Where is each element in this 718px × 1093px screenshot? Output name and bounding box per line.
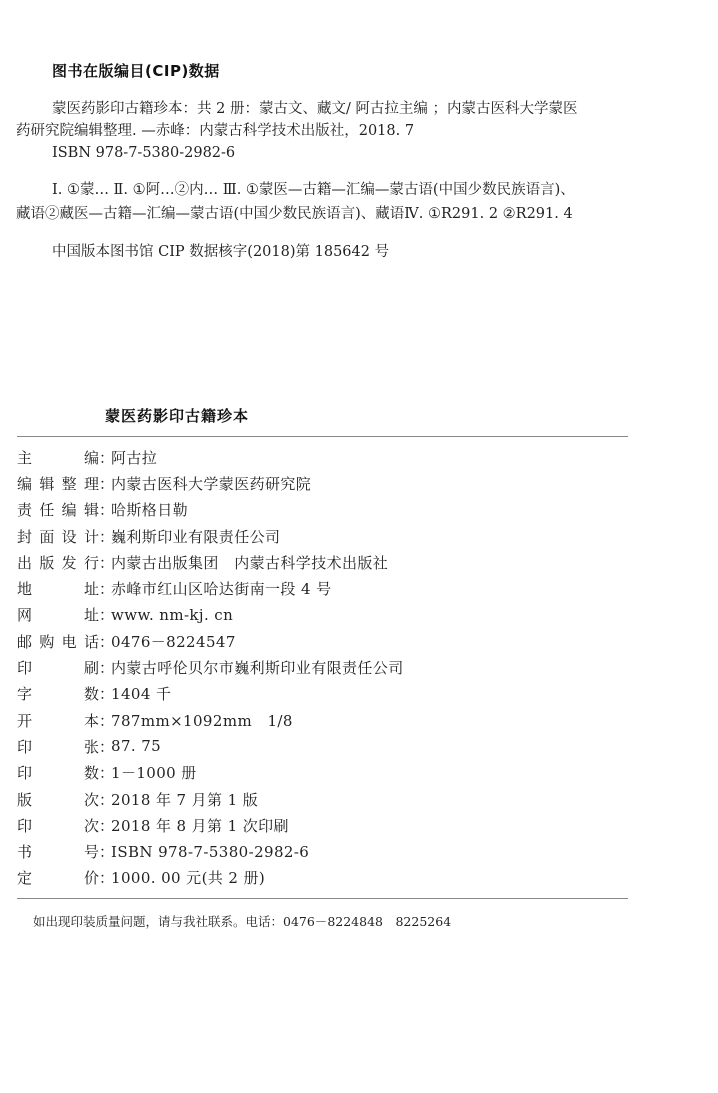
info-value: 巍利斯印业有限责任公司 — [111, 526, 280, 547]
info-row-print-run: 印 数：1－1000 册 — [17, 760, 404, 786]
info-colon: ： — [99, 789, 111, 810]
info-row-word-count: 字 数：1404 千 — [17, 681, 404, 707]
info-label: 出版发行 — [17, 552, 99, 573]
info-label: 网 址 — [17, 604, 99, 625]
info-row-isbn: 书 号：ISBN 978-7-5380-2982-6 — [17, 838, 404, 864]
info-value: 内蒙古出版集团 内蒙古科学技术出版社 — [111, 552, 388, 573]
info-row-address: 地 址：赤峰市红山区哈达街南一段 4 号 — [17, 575, 404, 601]
info-label: 封面设计 — [17, 526, 99, 547]
info-row-cover-design: 封面设计：巍利斯印业有限责任公司 — [17, 523, 404, 549]
cip-line-title-author: 蒙医药影印古籍珍本：共 2 册：蒙古文、藏文/ 阿古拉主编 ；内蒙古医科大学蒙医 — [52, 98, 578, 120]
quality-contact-note: 如出现印装质量问题，请与我社联系。电话：0476－8224848 8225264 — [33, 912, 451, 930]
cip-line-record-number: 中国版本图书馆 CIP 数据核字(2018)第 185642 号 — [52, 241, 389, 263]
info-value: 阿古拉 — [111, 447, 157, 468]
info-value: 2018 年 8 月第 1 次印刷 — [111, 815, 289, 836]
info-value: 1404 千 — [111, 683, 171, 704]
info-colon: ： — [99, 499, 111, 520]
info-row-price: 定 价：1000. 00 元(共 2 册) — [17, 865, 404, 891]
info-label: 字 数 — [17, 683, 99, 704]
info-value: www. nm-kj. cn — [111, 606, 233, 624]
info-row-website: 网 址：www. nm-kj. cn — [17, 602, 404, 628]
info-colon: ： — [99, 604, 111, 625]
info-row-mail-order-phone: 邮购电话：0476－8224547 — [17, 628, 404, 654]
info-row-impression: 印 次：2018 年 8 月第 1 次印刷 — [17, 812, 404, 838]
info-value: 内蒙古呼伦贝尔市巍利斯印业有限责任公司 — [111, 657, 404, 678]
info-value: 87. 75 — [111, 737, 161, 755]
info-colon: ： — [99, 815, 111, 836]
info-colon: ： — [99, 867, 111, 888]
info-label: 主 编 — [17, 447, 99, 468]
book-title: 蒙医药影印古籍珍本 — [105, 405, 249, 426]
cip-line-classification-1: Ⅰ. ①蒙… Ⅱ. ①阿…②内… Ⅲ. ①蒙医—古籍—汇编—蒙古语(中国少数民族… — [52, 179, 575, 201]
info-colon: ： — [99, 657, 111, 678]
info-value: 内蒙古医科大学蒙医药研究院 — [111, 473, 311, 494]
info-value: 0476－8224547 — [111, 631, 236, 652]
info-colon: ： — [99, 841, 111, 862]
info-value: 1000. 00 元(共 2 册) — [111, 867, 265, 888]
info-row-printer: 印 刷：内蒙古呼伦贝尔市巍利斯印业有限责任公司 — [17, 654, 404, 680]
info-colon: ： — [99, 526, 111, 547]
info-label: 定 价 — [17, 867, 99, 888]
info-colon: ： — [99, 710, 111, 731]
info-row-responsible-editor: 责任编辑：哈斯格日勒 — [17, 497, 404, 523]
cip-line-isbn: ISBN 978-7-5380-2982-6 — [52, 142, 235, 164]
cip-line-classification-2: 藏语②藏医—古籍—汇编—蒙古语(中国少数民族语言)、藏语Ⅳ. ①R291. 2 … — [16, 203, 573, 225]
info-label: 印 刷 — [17, 657, 99, 678]
publication-info-list: 主 编：阿古拉 编辑整理：内蒙古医科大学蒙医药研究院 责任编辑：哈斯格日勒 封面… — [17, 444, 404, 891]
info-row-chief-editor: 主 编：阿古拉 — [17, 444, 404, 470]
info-value: 787mm×1092mm 1/8 — [111, 710, 293, 731]
info-label: 编辑整理 — [17, 473, 99, 494]
info-label: 印 数 — [17, 762, 99, 783]
cip-line-publisher: 药研究院编辑整理. —赤峰：内蒙古科学技术出版社，2018. 7 — [16, 120, 414, 142]
info-row-edition: 版 次：2018 年 7 月第 1 版 — [17, 786, 404, 812]
info-row-compiler: 编辑整理：内蒙古医科大学蒙医药研究院 — [17, 470, 404, 496]
info-row-printed-sheets: 印 张：87. 75 — [17, 733, 404, 759]
info-label: 书 号 — [17, 841, 99, 862]
info-label: 版 次 — [17, 789, 99, 810]
info-value: 赤峰市红山区哈达街南一段 4 号 — [111, 578, 331, 599]
info-colon: ： — [99, 473, 111, 494]
info-row-publisher: 出版发行：内蒙古出版集团 内蒙古科学技术出版社 — [17, 549, 404, 575]
info-label: 印 张 — [17, 736, 99, 757]
info-value: 哈斯格日勒 — [111, 499, 188, 520]
info-colon: ： — [99, 736, 111, 757]
info-label: 责任编辑 — [17, 499, 99, 520]
info-colon: ： — [99, 762, 111, 783]
info-colon: ： — [99, 552, 111, 573]
info-value: 1－1000 册 — [111, 762, 197, 783]
divider-top — [17, 436, 628, 437]
info-label: 邮购电话 — [17, 631, 99, 652]
info-row-format: 开 本：787mm×1092mm 1/8 — [17, 707, 404, 733]
info-label: 印 次 — [17, 815, 99, 836]
info-value: ISBN 978-7-5380-2982-6 — [111, 843, 309, 861]
info-colon: ： — [99, 631, 111, 652]
info-label: 地 址 — [17, 578, 99, 599]
divider-bottom — [17, 898, 628, 899]
info-colon: ： — [99, 578, 111, 599]
info-label: 开 本 — [17, 710, 99, 731]
info-colon: ： — [99, 683, 111, 704]
info-colon: ： — [99, 447, 111, 468]
cip-heading: 图书在版编目(CIP)数据 — [52, 60, 220, 81]
info-value: 2018 年 7 月第 1 版 — [111, 789, 258, 810]
